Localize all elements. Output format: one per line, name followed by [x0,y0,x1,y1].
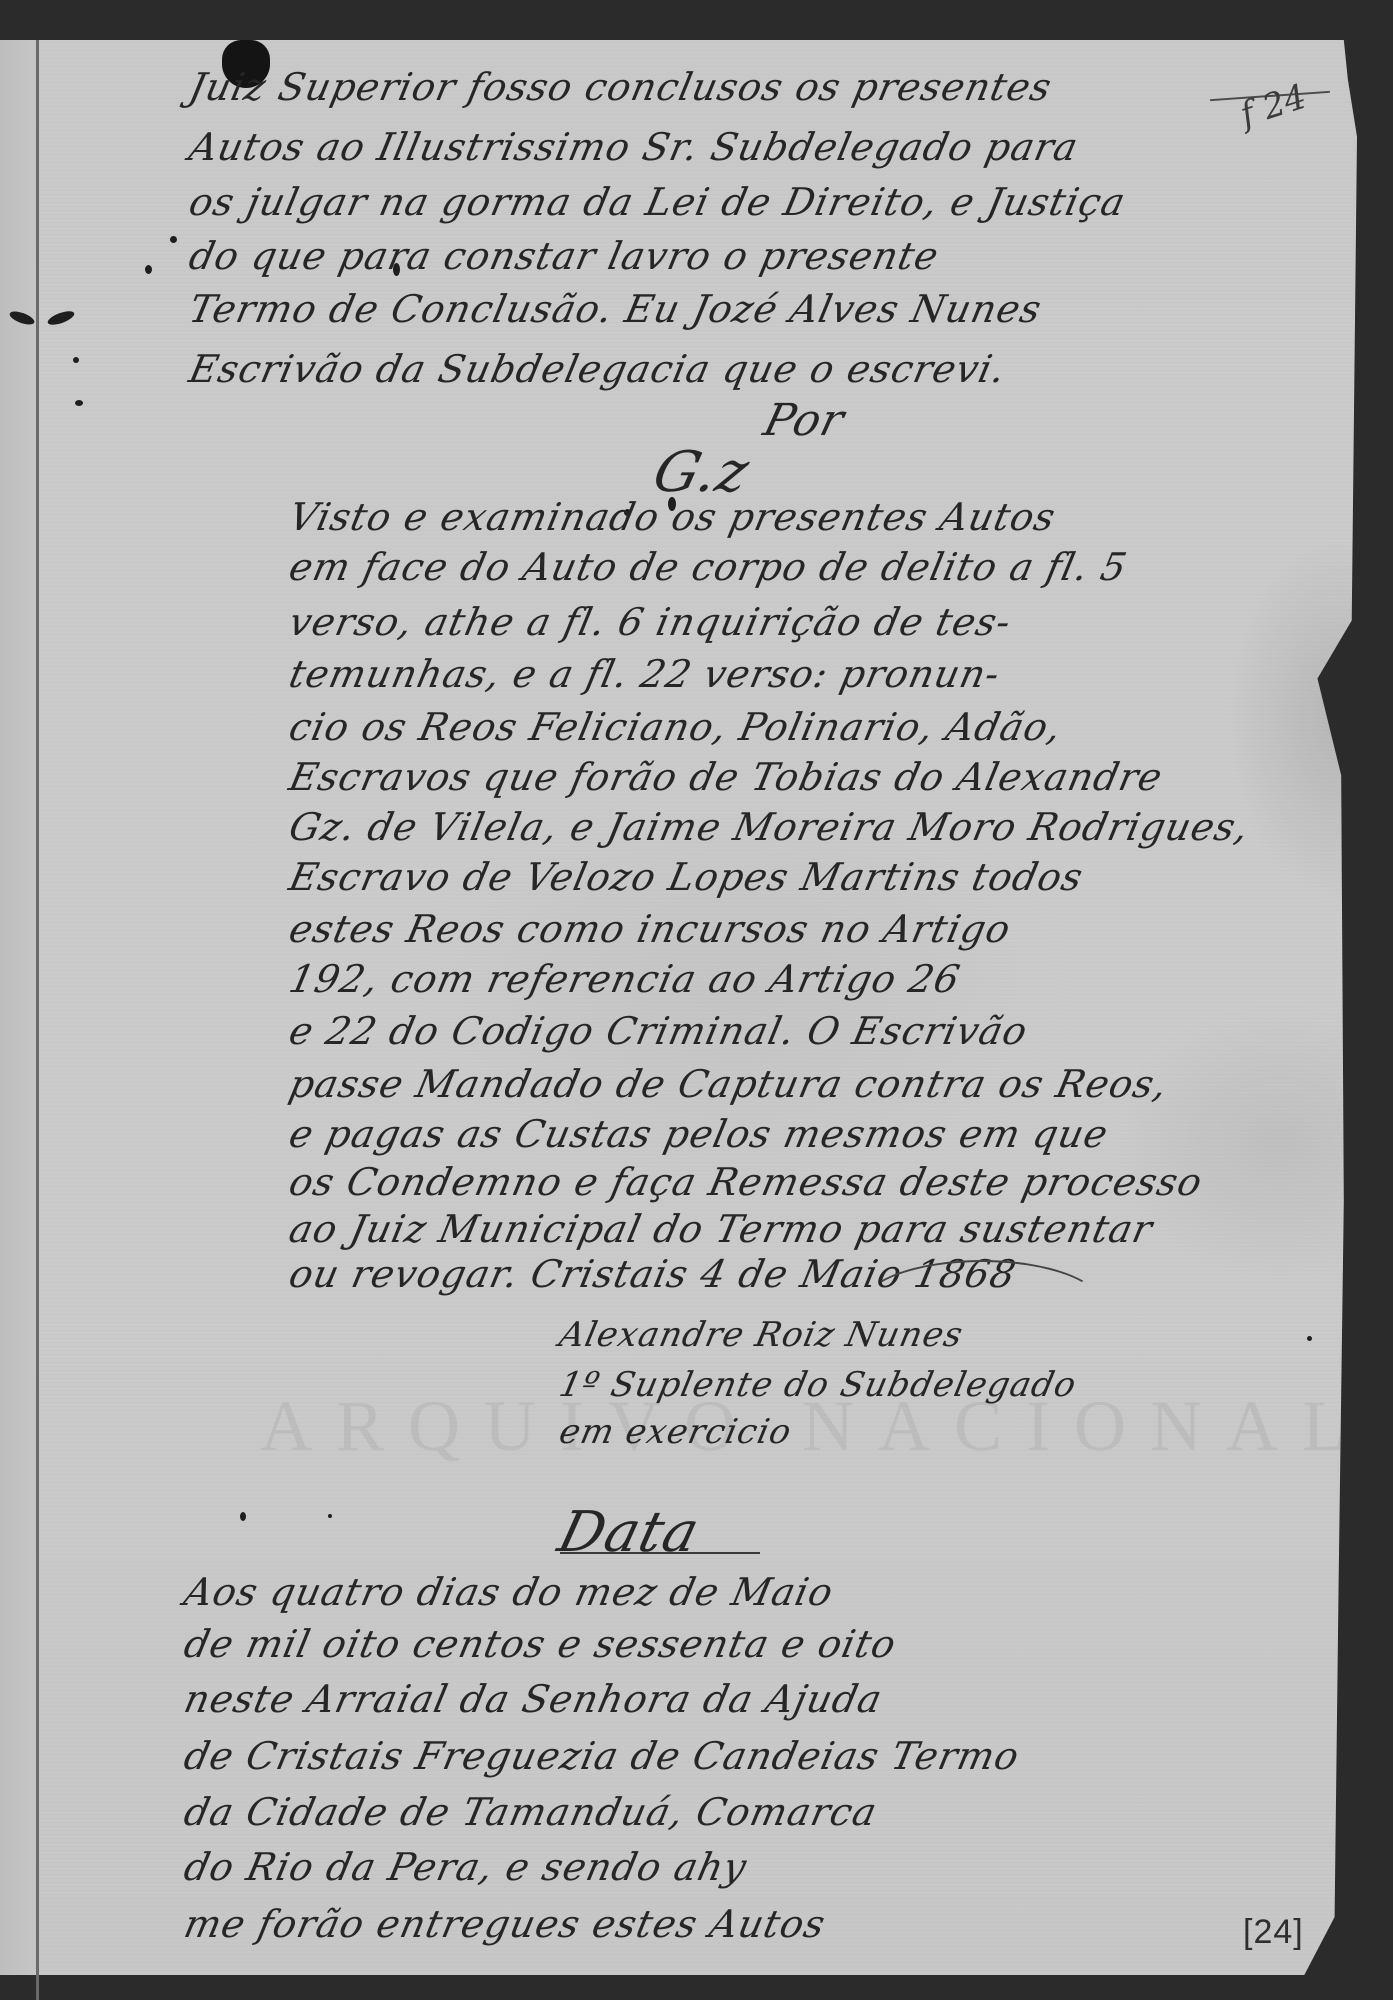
ink-dot [240,1512,246,1521]
manuscript-line: temunhas, e a fl. 22 verso: pronun- [286,655,1004,693]
manuscript-line: Visto e examinado os presentes Autos [286,498,1059,536]
manuscript-line: passe Mandado de Captura contra os Reos, [286,1065,1171,1103]
ink-dot [73,357,79,363]
manuscript-line: e pagas as Custas pelos mesmos em que [286,1115,1112,1153]
ink-dot [170,236,177,243]
manuscript-line: Termo de Conclusão. Eu Jozé Alves Nunes [186,290,1045,328]
signature-status: em exercicio [556,1415,794,1449]
data-heading: Data [552,1500,706,1565]
signature-title: 1º Suplente do Subdelegado [556,1368,1079,1402]
manuscript-line: do que para constar lavro o presente [186,237,942,275]
signature-name: Alexandre Roiz Nunes [556,1318,966,1352]
manuscript-line: os julgar na gorma da Lei de Direito, e … [186,183,1129,221]
manuscript-line: do Rio da Pera, e sendo ahy [181,1848,750,1886]
archive-page-number: [24] [1243,1913,1304,1952]
scan-background: ARQUIVO NACIONAL f 24 Juiz Superior foss… [0,0,1393,2000]
manuscript-line: e 22 do Codigo Criminal. O Escrivão [286,1012,1031,1050]
ink-dot [75,400,83,406]
manuscript-line: me forão entregues estes Autos [181,1905,829,1943]
manuscript-line: de Cristais Freguezia de Candeias Termo [181,1737,1023,1775]
manuscript-line: Escrivão da Subdelegacia que o escrevi. [186,350,1009,388]
ink-dot [328,1514,332,1518]
manuscript-line: de mil oito centos e sessenta e oito [181,1625,900,1663]
manuscript-line: estes Reos como incursos no Artigo [286,910,1014,948]
manuscript-line: Escravos que forão de Tobias do Alexandr… [286,758,1166,796]
binding-gutter-line [36,40,39,2000]
previous-page-edge [0,40,38,1975]
manuscript-line: da Cidade de Tamanduá, Comarca [181,1793,881,1831]
manuscript-line: Escravo de Velozo Lopes Martins todos [286,858,1087,896]
manuscript-line: neste Arraial da Senhora da Ajuda [181,1680,886,1718]
data-heading-underline [560,1552,760,1554]
ink-dot [1307,1336,1312,1341]
manuscript-line: ao Juiz Municipal do Termo para sustenta… [286,1210,1156,1248]
manuscript-line: 192, com referencia ao Artigo 26 [286,960,964,998]
manuscript-line: Aos quatro dias do mez de Maio [181,1573,837,1611]
sentence-heading-por: Por [759,395,850,446]
manuscript-line: os Condemno e faça Remessa deste process… [286,1163,1206,1201]
manuscript-line: Juiz Superior fosso conclusos os present… [186,68,1055,106]
manuscript-line: verso, athe a fl. 6 inquirição de tes- [286,603,1015,641]
manuscript-line: Autos ao Illustrissimo Sr. Subdelegado p… [186,128,1082,166]
manuscript-line: em face do Auto de corpo de delito a fl.… [286,548,1131,586]
manuscript-line: cio os Reos Feliciano, Polinario, Adão, [286,708,1065,746]
manuscript-line: Gz. de Vilela, e Jaime Moreira Moro Rodr… [286,808,1253,846]
ink-dot [145,265,152,274]
